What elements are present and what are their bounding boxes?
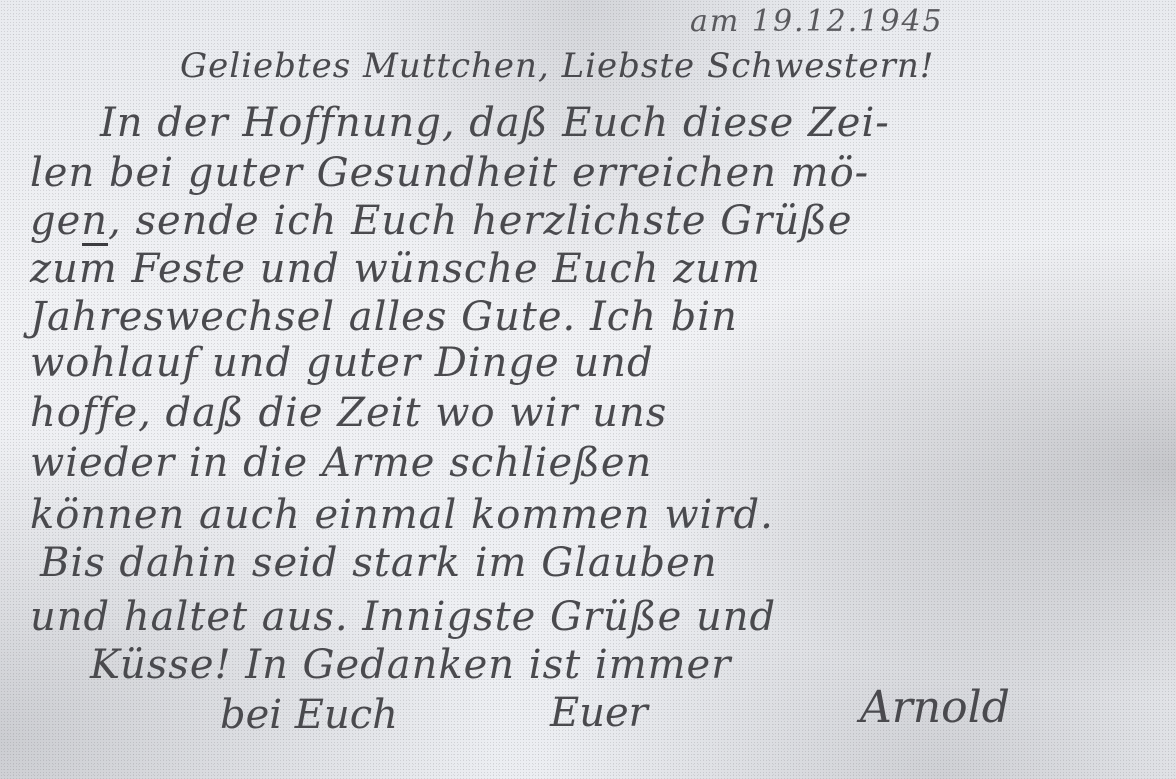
body-line-12: Küsse! In Gedanken ist immer (90, 642, 731, 688)
body-line-8: wieder in die Arme schließen (30, 440, 652, 486)
closing-left: bei Euch (220, 692, 398, 738)
letter-date: am 19.12.1945 (690, 4, 944, 39)
salutation: Geliebtes Muttchen, Liebste Schwestern! (180, 46, 934, 86)
body-line-5: Jahreswechsel alles Gute. Ich bin (30, 294, 738, 340)
signature: Arnold (860, 682, 1010, 733)
body-line-11: und haltet aus. Innigste Grüße und (30, 594, 776, 640)
body-line-10: Bis dahin seid stark im Glauben (40, 540, 718, 586)
closing-row: bei Euch Euer Arnold (220, 690, 1120, 750)
closing-middle: Euer (550, 690, 648, 736)
body-line-7: hoffe, daß die Zeit wo wir uns (30, 390, 667, 436)
postcard-paper: am 19.12.1945 Geliebtes Muttchen, Liebst… (0, 0, 1176, 779)
body-line-3: gen, sende ich Euch herzlichste Grüße (30, 198, 853, 244)
body-line-2: len bei guter Gesundheit erreichen mö- (30, 150, 869, 196)
body-line-9: können auch einmal kommen wird. (30, 492, 774, 538)
body-line-4: zum Feste und wünsche Euch zum (30, 246, 761, 292)
body-line-1: In der Hoffnung, daß Euch diese Zei- (100, 100, 890, 146)
body-line-6: wohlauf und guter Dinge und (30, 340, 654, 386)
